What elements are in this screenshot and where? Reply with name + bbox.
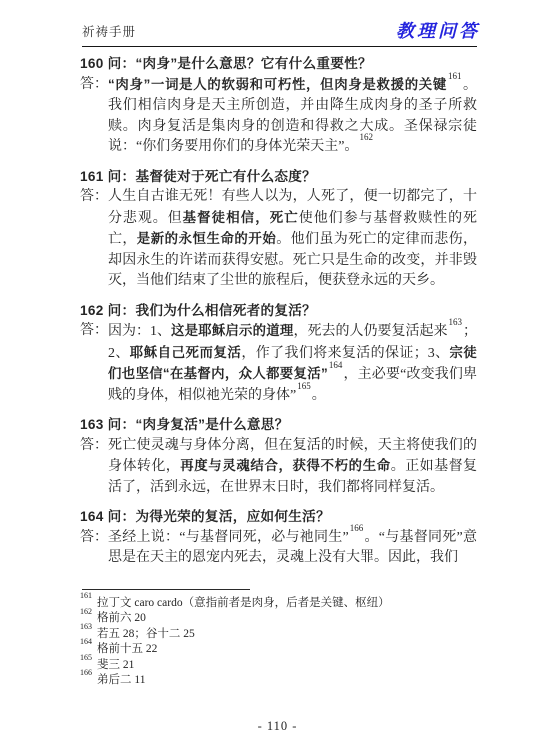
question-number: 161 问： — [80, 169, 135, 184]
answer-label: 答： — [80, 528, 108, 549]
footnote-list: 161拉丁文 caro cardo（意指前者是肉身，后者是关键、枢纽）162格前… — [80, 596, 477, 688]
answer-emphasis: “肉身”一词是人的软弱和可朽性，但肉身是救援的关键 — [108, 77, 447, 92]
answer-label: 答： — [80, 321, 108, 342]
answer-emphasis: 基督徒相信，死亡 — [183, 210, 299, 225]
header-rule — [82, 46, 477, 47]
question-text: 我们为什么相信死者的复活？ — [135, 303, 316, 318]
answer-emphasis: 这是耶稣启示的道理 — [171, 323, 293, 338]
footnote-ref-163: 163 — [449, 317, 463, 327]
footnote-161: 161拉丁文 caro cardo（意指前者是肉身，后者是关键、枢纽） — [80, 596, 477, 611]
footnote-text: 格前十五 22 — [97, 643, 157, 655]
question-text: “肉身复活”是什么意思？ — [135, 417, 288, 432]
chapter-title: 教理问答 — [396, 22, 480, 40]
question-text: 为得光荣的复活，应如何生活？ — [135, 509, 330, 524]
answer-emphasis: 耶稣自己死而复活 — [130, 345, 242, 360]
qa-block-164: 164 问：为得光荣的复活，应如何生活？答：圣经上说：“与基督同死，必与祂同生”… — [80, 507, 477, 569]
question-163: 163 问：“肉身复活”是什么意思？ — [80, 415, 477, 436]
footnote-164: 164格前十五 22 — [80, 642, 477, 657]
footnote-162: 162格前六 20 — [80, 611, 477, 626]
answer-emphasis: 再度与灵魂结合，获得不朽的生命 — [180, 458, 391, 473]
answer-emphasis: 是新的永恒生命的开始 — [137, 231, 277, 246]
answer-text: 圣经上说：“与基督同死，必与祂同生” — [108, 530, 349, 545]
answer-162: 答：因为：1、这是耶稣启示的道理，死去的人仍要复活起来163；2、耶稣自己死而复… — [80, 321, 477, 406]
footnote-text: 若五 28；谷十二 25 — [97, 628, 195, 640]
question-number: 164 问： — [80, 509, 135, 524]
qa-block-161: 161 问：基督徒对于死亡有什么态度？答：人生自古谁无死！有些人以为，人死了，便… — [80, 167, 477, 292]
question-number: 163 问： — [80, 417, 135, 432]
footnote-rule — [82, 589, 250, 590]
footnote-number: 165 — [80, 653, 92, 662]
answer-160: 答：“肉身”一词是人的软弱和可朽性，但肉身是救援的关键161。我们相信肉身是天主… — [80, 75, 477, 158]
qa-list: 160 问：“肉身”是什么意思？它有什么重要性？答：“肉身”一词是人的软弱和可朽… — [80, 54, 477, 569]
book-title: 祈祷手册 — [82, 22, 136, 40]
question-164: 164 问：为得光荣的复活，应如何生活？ — [80, 507, 477, 528]
footnote-number: 161 — [80, 591, 92, 600]
page-header: 祈祷手册 教理问答 — [82, 22, 477, 40]
footnote-166: 166弟后二 11 — [80, 673, 477, 688]
footnote-ref-162: 162 — [359, 132, 373, 142]
qa-block-162: 162 问：我们为什么相信死者的复活？答：因为：1、这是耶稣启示的道理，死去的人… — [80, 301, 477, 407]
footnote-number: 166 — [80, 668, 92, 677]
answer-163: 答：死亡使灵魂与身体分离，但在复活的时候，天主将使我们的身体转化，再度与灵魂结合… — [80, 436, 477, 499]
answer-label: 答： — [80, 436, 108, 457]
question-number: 162 问： — [80, 303, 135, 318]
answer-text: 因为：1、 — [108, 324, 171, 339]
footnote-text: 斐三 21 — [97, 659, 134, 671]
footnote-number: 164 — [80, 637, 92, 646]
footnote-text: 拉丁文 caro cardo（意指前者是肉身，后者是关键、枢纽） — [97, 597, 390, 609]
footnote-number: 163 — [80, 622, 92, 631]
question-text: “肉身”是什么意思？它有什么重要性？ — [135, 56, 372, 71]
answer-161: 答：人生自古谁无死！有些人以为，人死了，便一切都完了，十分悲观。但基督徒相信，死… — [80, 187, 477, 292]
question-160: 160 问：“肉身”是什么意思？它有什么重要性？ — [80, 54, 477, 75]
question-number: 160 问： — [80, 56, 135, 71]
answer-label: 答： — [80, 187, 108, 208]
answer-label: 答： — [80, 75, 108, 96]
question-161: 161 问：基督徒对于死亡有什么态度？ — [80, 167, 477, 188]
answer-text: ，作了我们将来复活的保证；3、 — [241, 346, 449, 361]
answer-text: 。 — [312, 388, 326, 403]
footnote-number: 162 — [80, 607, 92, 616]
footnote-ref-164: 164 — [329, 360, 343, 370]
question-text: 基督徒对于死亡有什么态度？ — [135, 169, 316, 184]
document-page: 祈祷手册 教理问答 160 问：“肉身”是什么意思？它有什么重要性？答：“肉身”… — [0, 0, 555, 746]
footnote-ref-165: 165 — [297, 381, 311, 391]
qa-block-163: 163 问：“肉身复活”是什么意思？答：死亡使灵魂与身体分离，但在复活的时候，天… — [80, 415, 477, 498]
question-162: 162 问：我们为什么相信死者的复活？ — [80, 301, 477, 322]
footnote-ref-161: 161 — [448, 71, 462, 81]
answer-text: ，死去的人仍要复活起来 — [293, 324, 447, 339]
footnote-165: 165斐三 21 — [80, 658, 477, 673]
qa-block-160: 160 问：“肉身”是什么意思？它有什么重要性？答：“肉身”一词是人的软弱和可朽… — [80, 54, 477, 158]
page-number: - 110 - — [0, 719, 555, 734]
answer-164: 答：圣经上说：“与基督同死，必与祂同生”166。“与基督同死”意思是在天主的恩宠… — [80, 528, 477, 569]
footnote-text: 弟后二 11 — [97, 674, 145, 686]
footnote-ref-166: 166 — [350, 523, 364, 533]
footnote-text: 格前六 20 — [97, 612, 146, 624]
footnote-block: 161拉丁文 caro cardo（意指前者是肉身，后者是关键、枢纽）162格前… — [80, 589, 477, 688]
footnote-163: 163若五 28；谷十二 25 — [80, 627, 477, 642]
